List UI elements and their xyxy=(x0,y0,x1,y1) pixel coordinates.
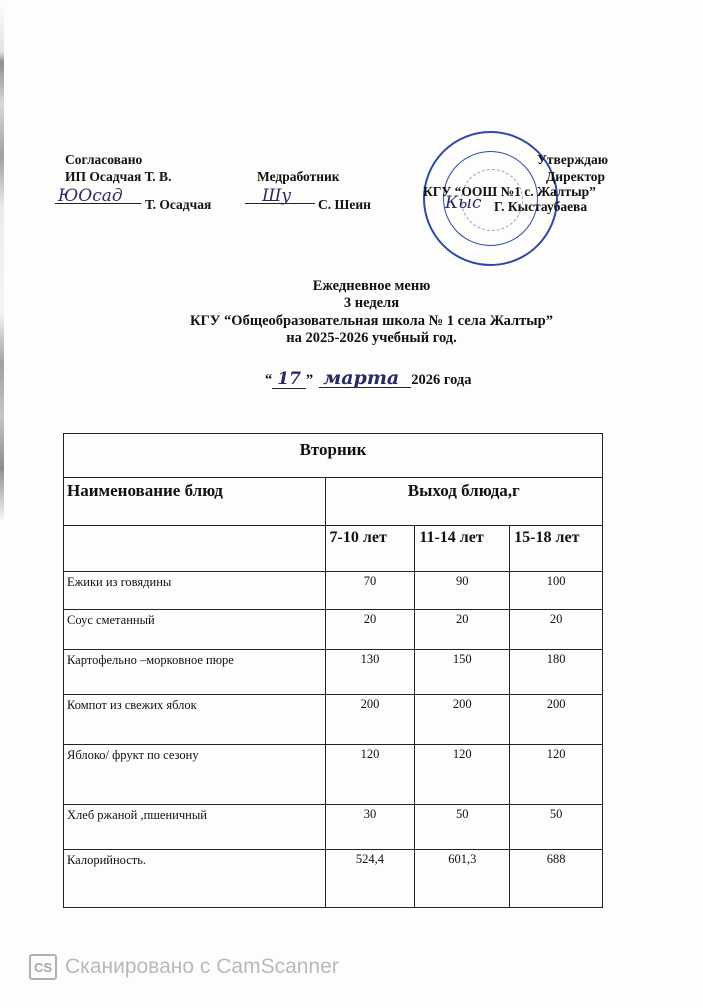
yield-value: 524,4 xyxy=(325,850,415,908)
title-line-3: КГУ “Общеобразовательная школа № 1 села … xyxy=(20,313,703,330)
agreed-label: Согласовано xyxy=(65,151,142,168)
yield-value: 120 xyxy=(510,745,603,805)
date-day: 17 xyxy=(272,371,306,389)
yield-value: 20 xyxy=(325,610,415,650)
title-line-2: 3 неделя xyxy=(20,295,703,312)
yield-value: 20 xyxy=(415,610,510,650)
age-header: 7-10 лет xyxy=(325,526,415,572)
yield-value: 50 xyxy=(510,805,603,850)
camscanner-watermark: CS Сканировано с CamScanner xyxy=(29,954,339,980)
table-day-row: Вторник xyxy=(64,434,603,478)
approve-signature: Кыс xyxy=(445,193,482,213)
yield-value: 200 xyxy=(415,695,510,745)
age-header: 11-14 лет xyxy=(415,526,510,572)
dish-column-header: Наименование блюд xyxy=(64,478,326,526)
age-empty-cell xyxy=(64,526,326,572)
scan-edge-artifact xyxy=(0,0,4,520)
medic-signatory: С. Шеин xyxy=(318,196,371,213)
date-year: 2026 года xyxy=(411,372,471,389)
date-open-quote: “ xyxy=(265,372,272,389)
yield-value: 200 xyxy=(325,695,415,745)
menu-table: Вторник Наименование блюд Выход блюда,г … xyxy=(63,433,603,908)
day-cell: Вторник xyxy=(64,434,603,478)
camscanner-text: Сканировано с CamScanner xyxy=(65,955,339,979)
yield-value: 100 xyxy=(510,572,603,610)
yield-value: 20 xyxy=(510,610,603,650)
table-row: Хлеб ржаной ,пшеничный 30 50 50 xyxy=(64,805,603,850)
dish-name: Соус сметанный xyxy=(64,610,326,650)
dish-name: Калорийность. xyxy=(64,850,326,908)
table-row: Картофельно –морковное пюре 130 150 180 xyxy=(64,650,603,695)
date-line: “ 17 ” марта 2026 года xyxy=(265,370,472,389)
camscanner-logo-icon: CS xyxy=(29,954,57,980)
title-line-4: на 2025-2026 учебный год. xyxy=(20,330,703,347)
agreed-signature: ЮОсад xyxy=(58,186,123,206)
dish-name: Картофельно –морковное пюре xyxy=(64,650,326,695)
table-row: Компот из свежих яблок 200 200 200 xyxy=(64,695,603,745)
yield-column-header: Выход блюда,г xyxy=(325,478,602,526)
table-row: Соус сметанный 20 20 20 xyxy=(64,610,603,650)
yield-value: 180 xyxy=(510,650,603,695)
date-month: марта xyxy=(319,370,411,388)
yield-value: 70 xyxy=(325,572,415,610)
date-close-quote: ” xyxy=(306,372,313,389)
table-age-row: 7-10 лет 11-14 лет 15-18 лет xyxy=(64,526,603,572)
dish-name: Хлеб ржаной ,пшеничный xyxy=(64,805,326,850)
yield-value: 120 xyxy=(415,745,510,805)
yield-value: 200 xyxy=(510,695,603,745)
dish-name: Компот из свежих яблок xyxy=(64,695,326,745)
yield-value: 688 xyxy=(510,850,603,908)
agreed-org: ИП Осадчая Т. В. xyxy=(65,168,171,185)
yield-value: 150 xyxy=(415,650,510,695)
yield-value: 50 xyxy=(415,805,510,850)
age-header: 15-18 лет xyxy=(510,526,603,572)
yield-value: 601,3 xyxy=(415,850,510,908)
yield-value: 120 xyxy=(325,745,415,805)
dish-name: Яблоко/ фрукт по сезону xyxy=(64,745,326,805)
yield-value: 30 xyxy=(325,805,415,850)
medic-signature: Шу xyxy=(262,186,291,206)
approve-signatory: Г. Кыстаубаева xyxy=(494,198,587,215)
yield-value: 130 xyxy=(325,650,415,695)
dish-name: Ежики из говядины xyxy=(64,572,326,610)
approve-label: Утверждаю xyxy=(537,151,608,168)
table-row: Яблоко/ фрукт по сезону 120 120 120 xyxy=(64,745,603,805)
medic-label: Медработник xyxy=(257,168,340,185)
table-row: Ежики из говядины 70 90 100 xyxy=(64,572,603,610)
title-line-1: Ежедневное меню xyxy=(20,278,703,295)
table-row: Калорийность. 524,4 601,3 688 xyxy=(64,850,603,908)
table-header-row: Наименование блюд Выход блюда,г xyxy=(64,478,603,526)
agreed-signatory: Т. Осадчая xyxy=(145,196,211,213)
yield-value: 90 xyxy=(415,572,510,610)
